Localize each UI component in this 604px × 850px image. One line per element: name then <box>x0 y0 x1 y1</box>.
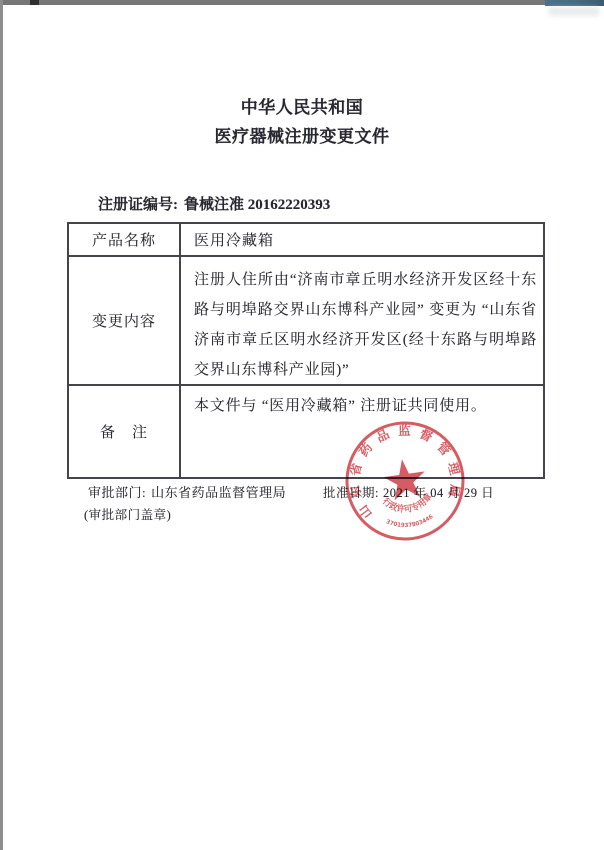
document-title-type: 医疗器械注册变更文件 <box>0 122 604 147</box>
approval-department-line: 审批部门:山东省药品监督管理局 <box>88 482 286 501</box>
registration-number-line: 注册证编号:鲁械注准 20162220393 <box>98 193 330 214</box>
registration-number-value: 鲁械注准 20162220393 <box>184 197 330 213</box>
seal-instruction: (审批部门盖章) <box>84 505 171 523</box>
scanned-document-page: 中华人民共和国 医疗器械注册变更文件 注册证编号:鲁械注准 2016222039… <box>0 0 604 850</box>
table-row-change-content: 变更内容 注册人住所由“济南市章丘明水经济开发区经十东路与明埠路交界山东博科产业… <box>69 255 543 384</box>
registration-number-label: 注册证编号: <box>98 197 178 213</box>
scan-smudge <box>548 7 600 16</box>
document-title-country: 中华人民共和国 <box>0 93 604 118</box>
seal-type-text: 行政许可专用章 <box>379 489 436 519</box>
approval-department-value: 山东省药品监督管理局 <box>151 485 286 500</box>
scan-edge-top <box>0 0 604 5</box>
seal-star-icon <box>381 456 428 501</box>
official-seal-stamp: 山东省药品监督管理局 行政许可专用章 3701937803446 <box>320 396 490 566</box>
approval-department-label: 审批部门: <box>88 485 146 500</box>
change-content-value: 注册人住所由“济南市章丘明水经济开发区经十东路与明埠路交界山东博科产业园” 变更… <box>181 257 543 384</box>
scan-edge-top-notch <box>30 0 39 5</box>
remark-label: 备 注 <box>69 386 181 477</box>
table-row-product-name: 产品名称 医用冷藏箱 <box>69 224 543 255</box>
change-content-label: 变更内容 <box>69 257 181 384</box>
product-name-label: 产品名称 <box>69 224 181 255</box>
scan-edge-top-right <box>545 0 604 6</box>
product-name-value: 医用冷藏箱 <box>181 224 543 255</box>
seal-serial-code: 3701937803446 <box>384 513 435 533</box>
